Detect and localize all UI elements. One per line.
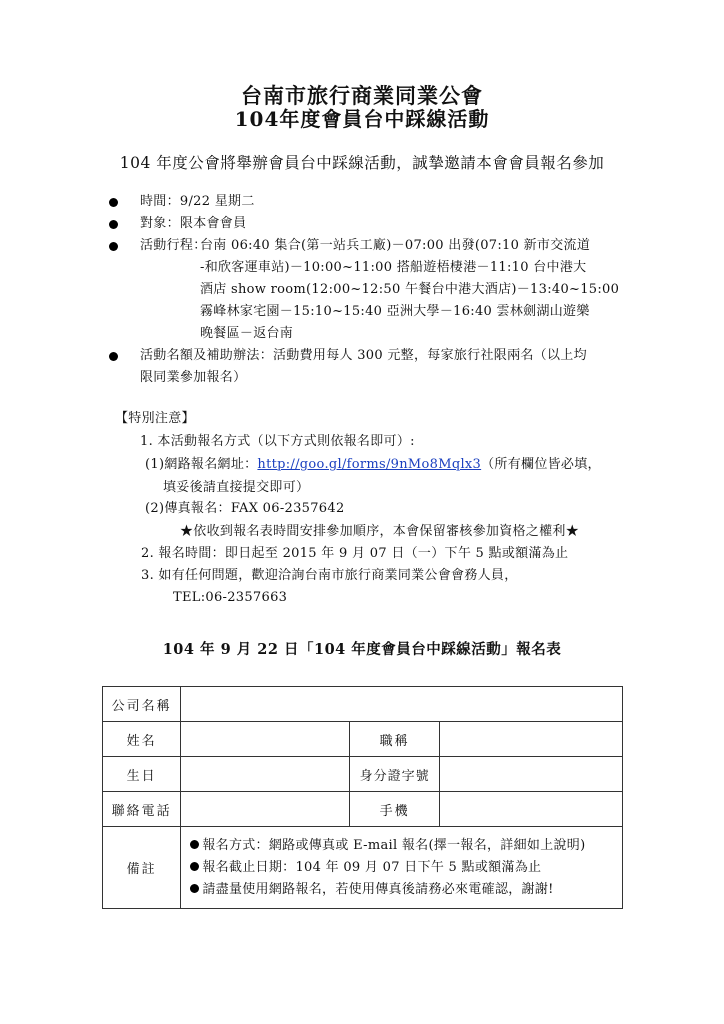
- table-row: 備註 報名方式：網路或傳真或 E-mail 報名(擇一報名，詳細如上說明) 報名…: [103, 827, 623, 909]
- fax-registration: (2)傳真報名：FAX 06-2357642: [145, 498, 345, 520]
- company-label: 公司名稱: [103, 687, 181, 722]
- intro-text: 104 年度公會將舉辦會員台中踩線活動，誠摯邀請本會會員報名參加: [0, 152, 724, 174]
- target-item: 對象：限本會會員: [140, 213, 246, 235]
- page-title: 台南市旅行商業同業公會: [0, 84, 724, 108]
- online-prefix: (1)網路報名網址：: [145, 457, 257, 472]
- online-line-2: 填妥後請直接提交即可）: [163, 477, 309, 499]
- itinerary-line: 晚餐區－返台南: [200, 323, 293, 345]
- quota-line: 限同業參加報名）: [140, 367, 246, 389]
- itinerary-line: 霧峰林家宅園－15:10~15:40 亞洲大學－16:40 雲林劍湖山遊樂: [200, 301, 590, 323]
- bullet-icon: [109, 242, 118, 251]
- remark-text: 請盡量使用網路報名，若使用傳真後請務必來電確認，謝謝!: [202, 882, 553, 897]
- itinerary-label: 活動行程：: [140, 235, 207, 257]
- form-title: 104 年 9 月 22 日「104 年度會員台中踩線活動」報名表: [0, 639, 724, 661]
- table-row: 姓名 職稱: [103, 722, 623, 757]
- mobile-label: 手機: [350, 792, 440, 827]
- notice-item-1: 1. 本活動報名方式（以下方式則依報名即可）:: [140, 431, 415, 453]
- time-item: 時間：9/22 星期二: [140, 191, 255, 213]
- notice-heading: 【特別注意】: [115, 408, 195, 430]
- table-row: 公司名稱: [103, 687, 623, 722]
- itinerary-line: -和欣客運車站)－10:00~11:00 搭船遊梧棲港－11:10 台中港大: [200, 257, 586, 279]
- page-subtitle: 104年度會員台中踩線活動: [0, 107, 724, 131]
- job-title-field[interactable]: [440, 722, 623, 757]
- remark-item: 請盡量使用網路報名，若使用傳真後請務必來電確認，謝謝!: [190, 879, 622, 901]
- birthday-label: 生日: [103, 757, 181, 792]
- name-label: 姓名: [103, 722, 181, 757]
- remarks-label: 備註: [103, 827, 181, 909]
- online-registration: (1)網路報名網址：http://goo.gl/forms/9nMo8Mqlx3…: [145, 454, 601, 476]
- notice-item-2: 2. 報名時間：即日起至 2015 年 9 月 07 日（一）下午 5 點或額滿…: [141, 543, 568, 565]
- bullet-icon: [109, 198, 118, 207]
- registration-link[interactable]: http://goo.gl/forms/9nMo8Mqlx3: [257, 457, 481, 472]
- bullet-icon: [190, 840, 199, 849]
- id-number-label: 身分證字號: [350, 757, 440, 792]
- remark-text: 報名方式：網路或傳真或 E-mail 報名(擇一報名，詳細如上說明): [202, 838, 585, 853]
- bullet-icon: [109, 220, 118, 229]
- job-title-label: 職稱: [350, 722, 440, 757]
- itinerary-line: 台南 06:40 集合(第一站兵工廠)－07:00 出發(07:10 新市交流道: [200, 235, 590, 257]
- remark-item: 報名截止日期：104 年 09 月 07 日下午 5 點或額滿為止: [190, 857, 622, 879]
- bullet-icon: [109, 352, 118, 361]
- remark-text: 報名截止日期：104 年 09 月 07 日下午 5 點或額滿為止: [202, 860, 541, 875]
- phone-field[interactable]: [181, 792, 350, 827]
- registration-form-table: 公司名稱 姓名 職稱 生日 身分證字號 聯絡電話 手機 備註 報名方式：網路或傳…: [102, 686, 623, 909]
- remark-item: 報名方式：網路或傳真或 E-mail 報名(擇一報名，詳細如上說明): [190, 835, 622, 857]
- company-field[interactable]: [181, 687, 623, 722]
- name-field[interactable]: [181, 722, 350, 757]
- contact-tel: TEL:06-2357663: [173, 587, 287, 609]
- star-note: ★依收到報名表時間安排參加順序，本會保留審核參加資格之權利★: [180, 521, 579, 543]
- bullet-icon: [190, 862, 199, 871]
- table-row: 生日 身分證字號: [103, 757, 623, 792]
- remarks-cell: 報名方式：網路或傳真或 E-mail 報名(擇一報名，詳細如上說明) 報名截止日…: [181, 827, 623, 909]
- online-suffix: （所有欄位皆必填，: [481, 457, 601, 472]
- phone-label: 聯絡電話: [103, 792, 181, 827]
- table-row: 聯絡電話 手機: [103, 792, 623, 827]
- birthday-field[interactable]: [181, 757, 350, 792]
- quota-line: 活動名額及補助辦法：活動費用每人 300 元整，每家旅行社限兩名（以上均: [140, 345, 587, 367]
- bullet-icon: [190, 884, 199, 893]
- mobile-field[interactable]: [440, 792, 623, 827]
- id-number-field[interactable]: [440, 757, 623, 792]
- notice-item-3: 3. 如有任何問題，歡迎洽詢台南市旅行商業同業公會會務人員，: [141, 565, 518, 587]
- itinerary-line: 酒店 show room(12:00~12:50 午餐台中港大酒店)－13:40…: [200, 279, 619, 301]
